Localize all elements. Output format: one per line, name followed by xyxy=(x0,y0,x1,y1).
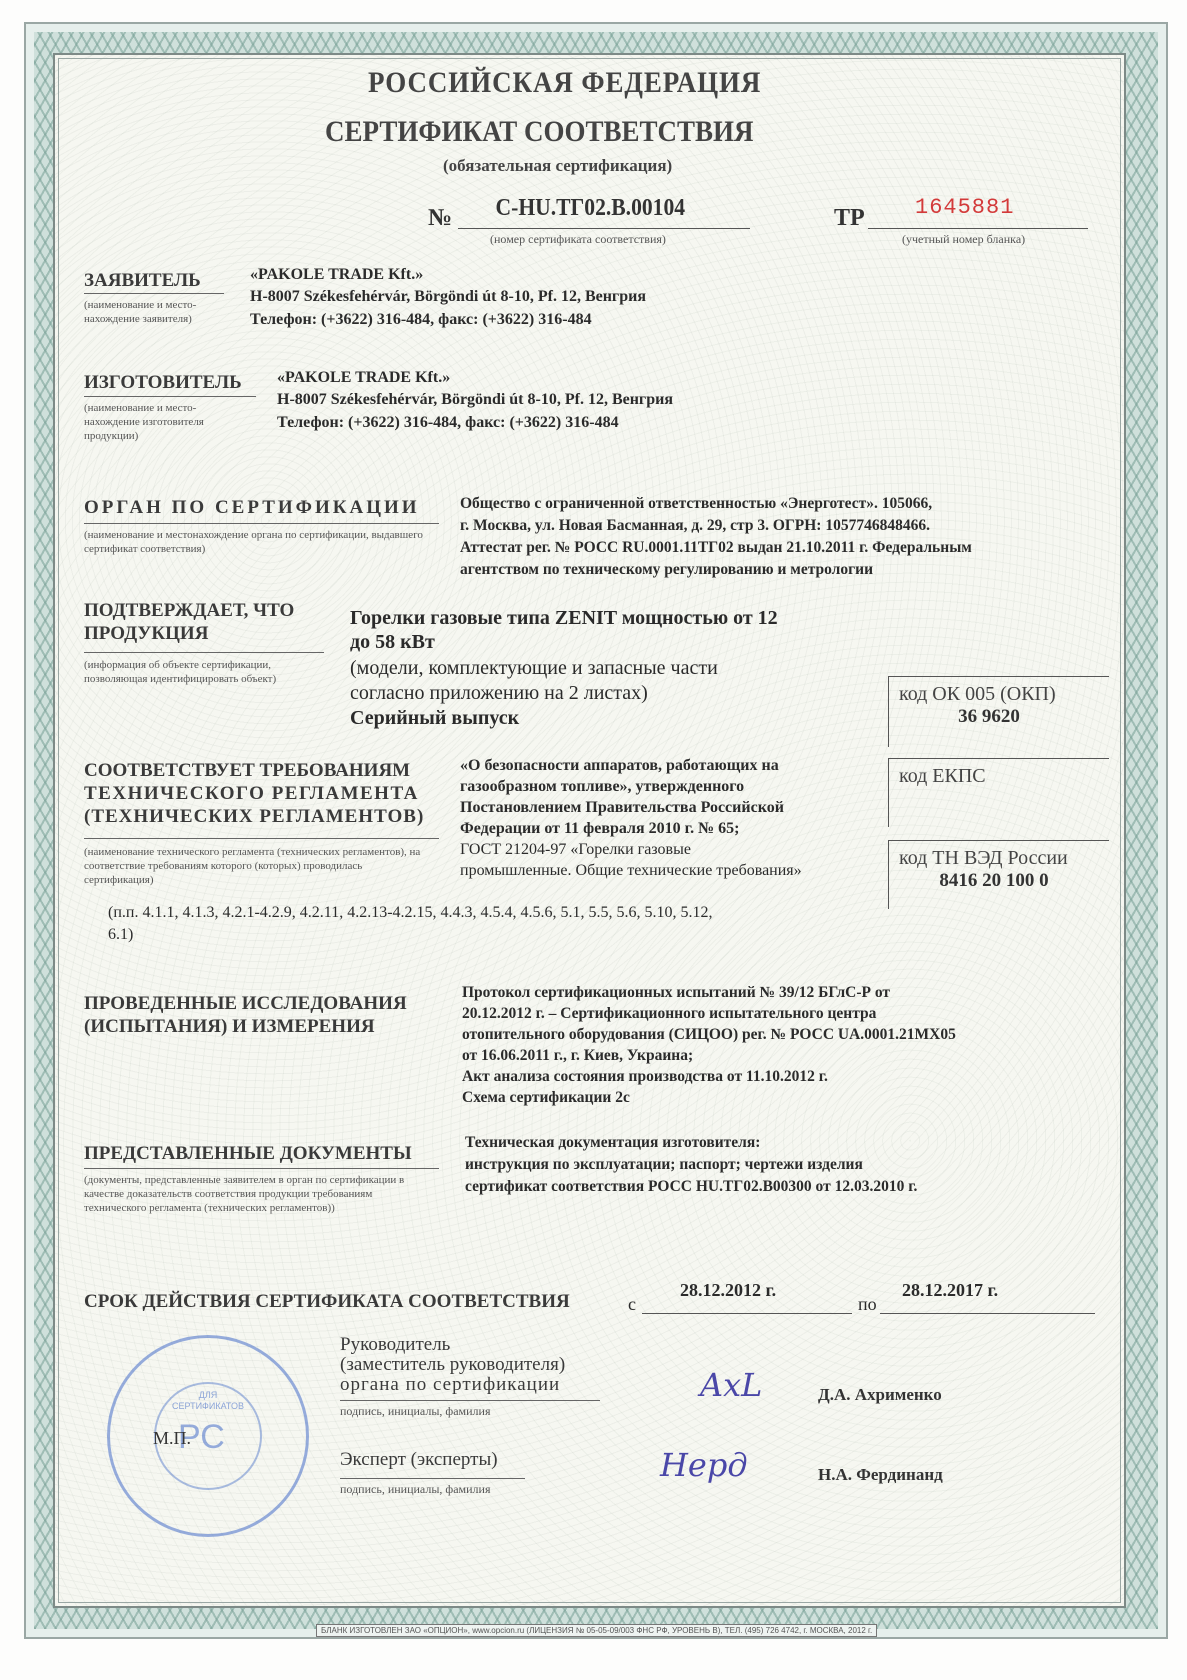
clauses-line-2: 6.1) xyxy=(108,925,133,945)
regulation-gost-1: ГОСТ 21204-97 «Горелки газовые xyxy=(460,840,691,860)
seal-label: М.П. xyxy=(153,1428,191,1449)
stamp-inner-top: ДЛЯ xyxy=(110,1390,306,1400)
cert-body-line-4: агентством по техническому регулированию… xyxy=(460,560,873,580)
validity-to-date: 28.12.2017 г. xyxy=(902,1280,998,1300)
country-heading: РОССИЙСКАЯ ФЕДЕРАЦИЯ xyxy=(368,66,761,100)
product-note: (информация об объекте сертификации, поз… xyxy=(84,658,329,686)
regulation-line-2: газообразном топливе», утвержденного xyxy=(460,777,744,797)
tests-label-1: ПРОВЕДЕННЫЕ ИССЛЕДОВАНИЯ xyxy=(84,993,407,1015)
okp-value: 36 9620 xyxy=(889,706,1089,728)
product-desc-1: (модели, комплектующие и запасные части xyxy=(350,657,718,679)
okp-code-box: код ОК 005 (ОКП) 36 9620 xyxy=(888,676,1109,747)
printer-note: БЛАНК ИЗГОТОВЛЕН ЗАО «ОПЦИОН», www.opcio… xyxy=(316,1624,877,1637)
product-name-2: до 58 кВт xyxy=(350,631,435,654)
ekps-label: код ЕКПС xyxy=(889,759,1109,788)
expert-caption: подпись, инициалы, фамилия xyxy=(340,1482,490,1497)
product-desc-2: согласно приложению на 2 листах) xyxy=(350,682,648,704)
applicant-phone: Телефон: (+3622) 316-484, факс: (+3622) … xyxy=(250,310,592,330)
applicant-label: ЗАЯВИТЕЛЬ xyxy=(84,270,201,292)
documents-line-1: Техническая документация изготовителя: xyxy=(465,1133,760,1153)
regulation-gost-2: промышленные. Общие технические требован… xyxy=(460,861,802,881)
applicant-note: (наименование и место-нахождение заявите… xyxy=(84,298,229,326)
product-label-1: ПОДТВЕРЖДАЕТ, ЧТО xyxy=(84,600,294,622)
stamp-inner-mid: СЕРТИФИКАТОВ xyxy=(110,1401,306,1411)
expert-role: Эксперт (эксперты) xyxy=(340,1450,498,1470)
certificate-subtitle: (обязательная сертификация) xyxy=(443,156,672,176)
expert-signature: Нерд xyxy=(660,1446,748,1484)
tnved-value: 8416 20 100 0 xyxy=(889,870,1099,892)
tests-line-2: 20.12.2012 г. – Сертификационного испыта… xyxy=(462,1004,876,1024)
tests-line-6: Схема сертификации 2с xyxy=(462,1088,630,1108)
manufacturer-note: (наименование и место-нахождение изготов… xyxy=(84,401,239,443)
head-signature: AxL xyxy=(700,1366,762,1404)
applicant-address: H-8007 Székesfehérvár, Börgöndi út 8-10,… xyxy=(250,287,646,307)
documents-note: (документы, представленные заявителем в … xyxy=(84,1173,409,1215)
ekps-code-box: код ЕКПС xyxy=(888,758,1109,827)
head-role-3: органа по сертификации xyxy=(340,1375,560,1395)
manufacturer-phone: Телефон: (+3622) 316-484, факс: (+3622) … xyxy=(277,413,619,433)
product-release: Серийный выпуск xyxy=(350,707,519,730)
number-prefix: № xyxy=(428,205,452,232)
validity-from-prefix: с xyxy=(628,1294,636,1314)
validity-label: СРОК ДЕЙСТВИЯ СЕРТИФИКАТА СООТВЕТСТВИЯ xyxy=(84,1291,570,1313)
product-name-1: Горелки газовые типа ZENIT мощностью от … xyxy=(350,607,778,630)
tests-line-1: Протокол сертификационных испытаний № 39… xyxy=(462,983,890,1003)
head-name: Д.А. Ахрименко xyxy=(818,1385,942,1405)
regulation-line-1: «О безопасности аппаратов, работающих на xyxy=(460,756,779,776)
validity-to-prefix: по xyxy=(858,1294,877,1314)
seal-stamp: ДЛЯ СЕРТИФИКАТОВ РС xyxy=(107,1335,309,1537)
tp-prefix: ТР xyxy=(834,205,865,232)
tests-label-2: (ИСПЫТАНИЯ) И ИЗМЕРЕНИЯ xyxy=(84,1016,375,1038)
cert-body-line-1: Общество с ограниченной ответственностью… xyxy=(460,494,932,514)
head-caption: подпись, инициалы, фамилия xyxy=(340,1404,490,1419)
number-caption: (номер сертификата соответствия) xyxy=(490,232,666,247)
product-label-2: ПРОДУКЦИЯ xyxy=(84,623,208,645)
certificate-title: СЕРТИФИКАТ СООТВЕТСТВИЯ xyxy=(325,115,754,149)
validity-from-date: 28.12.2012 г. xyxy=(680,1280,776,1300)
clauses-line-1: (п.п. 4.1.1, 4.1.3, 4.2.1-4.2.9, 4.2.11,… xyxy=(108,903,713,923)
blank-number: 1645881 xyxy=(915,195,1014,220)
regulations-label-1: СООТВЕТСТВУЕТ ТРЕБОВАНИЯМ xyxy=(84,760,410,782)
expert-name: Н.А. Фердинанд xyxy=(818,1465,943,1485)
tnved-code-box: код ТН ВЭД России 8416 20 100 0 xyxy=(888,840,1109,909)
regulations-note: (наименование технического регламента (т… xyxy=(84,845,424,887)
certificate-number: C-HU.ТГ02.В.00104 xyxy=(496,195,686,222)
cert-body-note: (наименование и местонахождение органа п… xyxy=(84,528,444,556)
documents-label: ПРЕДСТАВЛЕННЫЕ ДОКУМЕНТЫ xyxy=(84,1143,412,1165)
cert-body-label: ОРГАН ПО СЕРТИФИКАЦИИ xyxy=(84,497,420,519)
tests-line-5: Акт анализа состояния производства от 11… xyxy=(462,1067,828,1087)
tests-line-4: от 16.06.2011 г., г. Киев, Украина; xyxy=(462,1046,693,1066)
regulations-label-2: ТЕХНИЧЕСКОГО РЕГЛАМЕНТА xyxy=(84,783,419,805)
head-role-2: (заместитель руководителя) xyxy=(340,1355,565,1375)
documents-line-2: инструкция по эксплуатации; паспорт; чер… xyxy=(465,1155,863,1175)
regulations-label-3: (ТЕХНИЧЕСКИХ РЕГЛАМЕНТОВ) xyxy=(84,806,424,828)
blank-caption: (учетный номер бланка) xyxy=(902,232,1025,247)
tests-line-3: отопительного оборудования (СИЦОО) рег. … xyxy=(462,1025,956,1045)
manufacturer-label: ИЗГОТОВИТЕЛЬ xyxy=(84,372,242,394)
okp-label: код ОК 005 (ОКП) xyxy=(889,677,1109,706)
manufacturer-address: H-8007 Székesfehérvár, Börgöndi út 8-10,… xyxy=(277,390,673,410)
regulation-line-3: Постановлением Правительства Российской xyxy=(460,798,784,818)
cert-body-line-3: Аттестат рег. № РОСС RU.0001.11ТГ02 выда… xyxy=(460,538,972,558)
documents-line-3: сертификат соответствия РОСС HU.ТГ02.В00… xyxy=(465,1177,917,1197)
manufacturer-name: «PAKOLE TRADE Kft.» xyxy=(277,368,450,388)
applicant-name: «PAKOLE TRADE Kft.» xyxy=(250,265,423,285)
head-role-1: Руководитель xyxy=(340,1335,450,1355)
tnved-label: код ТН ВЭД России xyxy=(889,841,1109,870)
regulation-line-4: Федерации от 11 февраля 2010 г. № 65; xyxy=(460,819,740,839)
cert-body-line-2: г. Москва, ул. Новая Басманная, д. 29, с… xyxy=(460,516,930,536)
